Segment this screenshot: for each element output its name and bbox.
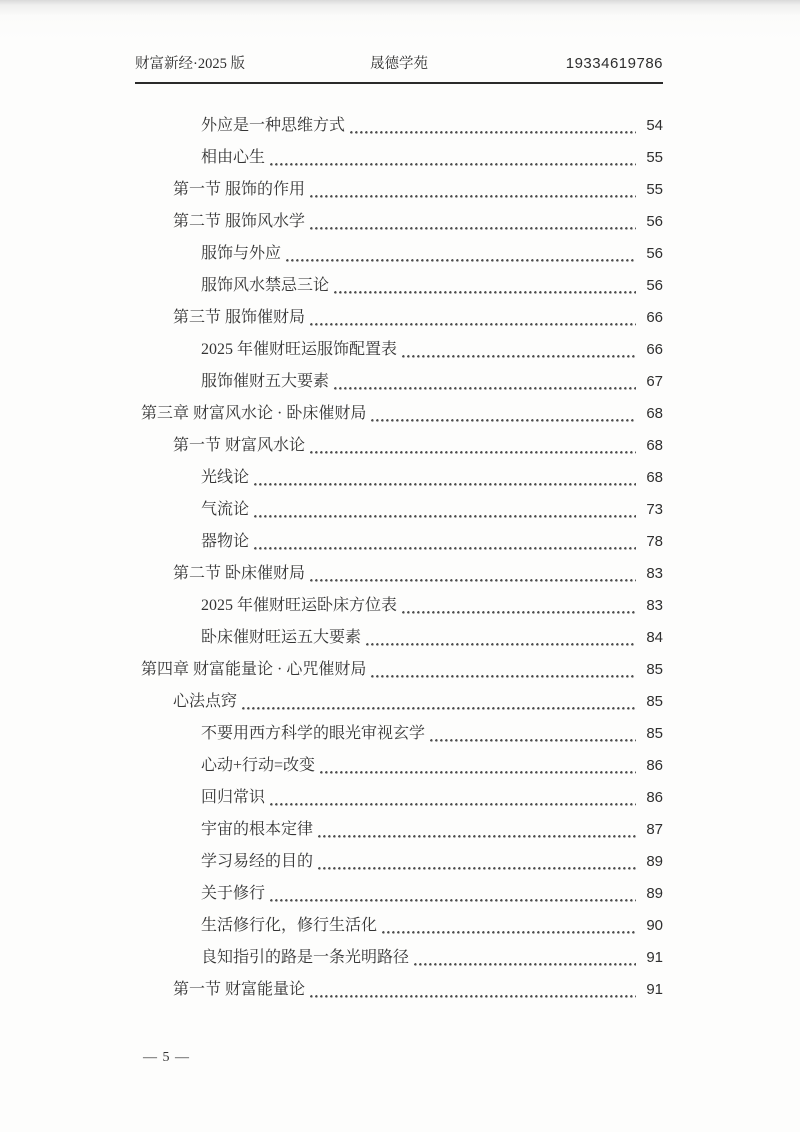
dot-leader bbox=[382, 910, 636, 942]
toc-entry-title: 宇宙的根本定律 bbox=[201, 814, 313, 846]
toc-entry: 第二节 服饰风水学 56 bbox=[135, 206, 663, 238]
toc-entry: 心动+行动=改变 86 bbox=[135, 750, 663, 782]
toc-entry-title: 第一节 财富能量论 bbox=[173, 974, 305, 1006]
page-footer: — 5 — bbox=[143, 1050, 190, 1066]
toc-entry-title: 2025 年催财旺运服饰配置表 bbox=[201, 334, 397, 366]
header-academy-name: 晟德学苑 bbox=[370, 52, 428, 73]
dot-leader bbox=[242, 686, 636, 718]
toc-entry-title: 外应是一种思维方式 bbox=[201, 110, 345, 142]
toc-entry: 关于修行 89 bbox=[135, 878, 663, 910]
toc-entry-title: 关于修行 bbox=[201, 878, 265, 910]
dot-leader bbox=[310, 974, 636, 1006]
dot-leader bbox=[414, 942, 636, 974]
toc-entry: 宇宙的根本定律 87 bbox=[135, 814, 663, 846]
toc-entry-title: 2025 年催财旺运卧床方位表 bbox=[201, 590, 397, 622]
toc-entry-page: 87 bbox=[639, 814, 663, 846]
toc-entry-title: 器物论 bbox=[201, 526, 249, 558]
toc-entry: 2025 年催财旺运服饰配置表 66 bbox=[135, 334, 663, 366]
dot-leader bbox=[254, 526, 636, 558]
toc-entry-page: 83 bbox=[639, 590, 663, 622]
toc-entry: 第二节 卧床催财局 83 bbox=[135, 558, 663, 590]
dot-leader bbox=[310, 558, 636, 590]
dot-leader bbox=[366, 622, 636, 654]
toc-entry: 服饰催财五大要素 67 bbox=[135, 366, 663, 398]
dot-leader bbox=[350, 110, 636, 142]
toc-entry: 服饰与外应 56 bbox=[135, 238, 663, 270]
toc-entry-title: 第二节 卧床催财局 bbox=[173, 558, 305, 590]
toc-entry: 光线论 68 bbox=[135, 462, 663, 494]
dot-leader bbox=[270, 782, 636, 814]
toc-entry-page: 56 bbox=[639, 206, 663, 238]
header-book-title: 财富新经·2025 版 bbox=[135, 52, 370, 73]
toc-entry: 回归常识 86 bbox=[135, 782, 663, 814]
dot-leader bbox=[254, 462, 636, 494]
page-header: 财富新经·2025 版 晟德学苑 19334619786 bbox=[135, 52, 663, 84]
toc-entry-title: 第二节 服饰风水学 bbox=[173, 206, 305, 238]
toc-entry-title: 第三节 服饰催财局 bbox=[173, 302, 305, 334]
toc-entry: 2025 年催财旺运卧床方位表 83 bbox=[135, 590, 663, 622]
dot-leader bbox=[371, 654, 636, 686]
toc-entry-title: 相由心生 bbox=[201, 142, 265, 174]
page-number-label: — 5 — bbox=[143, 1050, 190, 1065]
toc-entry-page: 84 bbox=[639, 622, 663, 654]
toc-entry-page: 85 bbox=[639, 654, 663, 686]
toc-entry: 第一节 财富能量论 91 bbox=[135, 974, 663, 1006]
toc-entry: 卧床催财旺运五大要素 84 bbox=[135, 622, 663, 654]
toc-entry-page: 78 bbox=[639, 526, 663, 558]
dot-leader bbox=[270, 878, 636, 910]
toc-entry-title: 第四章 财富能量论 · 心咒催财局 bbox=[141, 654, 366, 686]
toc-entry-title: 光线论 bbox=[201, 462, 249, 494]
toc-entry-title: 生活修行化，修行生活化 bbox=[201, 910, 377, 942]
dot-leader bbox=[402, 590, 636, 622]
dot-leader bbox=[310, 430, 636, 462]
toc-entry-title: 良知指引的路是一条光明路径 bbox=[201, 942, 409, 974]
toc-entry-page: 90 bbox=[639, 910, 663, 942]
document-page: 财富新经·2025 版 晟德学苑 19334619786 外应是一种思维方式 5… bbox=[0, 0, 800, 1132]
dot-leader bbox=[310, 302, 636, 334]
toc-entry-title: 心动+行动=改变 bbox=[201, 750, 315, 782]
toc-entry: 学习易经的目的 89 bbox=[135, 846, 663, 878]
toc-entry-page: 67 bbox=[639, 366, 663, 398]
dot-leader bbox=[371, 398, 636, 430]
toc-entry-title: 服饰催财五大要素 bbox=[201, 366, 329, 398]
toc-entry: 第一节 服饰的作用 55 bbox=[135, 174, 663, 206]
toc-entry-page: 55 bbox=[639, 174, 663, 206]
toc-entry: 第四章 财富能量论 · 心咒催财局 85 bbox=[135, 654, 663, 686]
toc-entry-title: 卧床催财旺运五大要素 bbox=[201, 622, 361, 654]
toc-entry-page: 91 bbox=[639, 974, 663, 1006]
dot-leader bbox=[430, 718, 636, 750]
toc-entry: 良知指引的路是一条光明路径 91 bbox=[135, 942, 663, 974]
toc-entry-page: 89 bbox=[639, 846, 663, 878]
toc-entry: 第一节 财富风水论 68 bbox=[135, 430, 663, 462]
toc-entry-page: 55 bbox=[639, 142, 663, 174]
toc-entry-page: 85 bbox=[639, 686, 663, 718]
toc-entry: 第三节 服饰催财局 66 bbox=[135, 302, 663, 334]
toc-entry: 心法点窍 85 bbox=[135, 686, 663, 718]
toc-entry-page: 68 bbox=[639, 462, 663, 494]
toc-entry: 服饰风水禁忌三论 56 bbox=[135, 270, 663, 302]
dot-leader bbox=[310, 174, 636, 206]
dot-leader bbox=[402, 334, 636, 366]
dot-leader bbox=[286, 238, 636, 270]
dot-leader bbox=[334, 270, 636, 302]
toc-entry-page: 86 bbox=[639, 782, 663, 814]
toc-entry-page: 89 bbox=[639, 878, 663, 910]
toc-entry: 第三章 财富风水论 · 卧床催财局 68 bbox=[135, 398, 663, 430]
toc-entry-title: 第一节 服饰的作用 bbox=[173, 174, 305, 206]
toc-entry-title: 学习易经的目的 bbox=[201, 846, 313, 878]
toc-entry-page: 54 bbox=[639, 110, 663, 142]
toc-entry-title: 回归常识 bbox=[201, 782, 265, 814]
table-of-contents: 外应是一种思维方式 54 相由心生 55 第一节 服饰的作用 55 第二节 服饰… bbox=[135, 110, 663, 1006]
toc-entry-title: 第三章 财富风水论 · 卧床催财局 bbox=[141, 398, 366, 430]
toc-entry-page: 68 bbox=[639, 398, 663, 430]
toc-entry-page: 56 bbox=[639, 270, 663, 302]
toc-entry: 生活修行化，修行生活化 90 bbox=[135, 910, 663, 942]
toc-entry-title: 服饰与外应 bbox=[201, 238, 281, 270]
toc-entry-title: 服饰风水禁忌三论 bbox=[201, 270, 329, 302]
toc-entry-page: 68 bbox=[639, 430, 663, 462]
toc-entry: 气流论 73 bbox=[135, 494, 663, 526]
dot-leader bbox=[310, 206, 636, 238]
toc-entry-page: 85 bbox=[639, 718, 663, 750]
header-phone-number: 19334619786 bbox=[428, 55, 663, 72]
toc-entry: 相由心生 55 bbox=[135, 142, 663, 174]
toc-entry-title: 不要用西方科学的眼光审视玄学 bbox=[201, 718, 425, 750]
toc-entry: 不要用西方科学的眼光审视玄学 85 bbox=[135, 718, 663, 750]
toc-entry-page: 66 bbox=[639, 334, 663, 366]
toc-entry-page: 83 bbox=[639, 558, 663, 590]
toc-entry: 外应是一种思维方式 54 bbox=[135, 110, 663, 142]
toc-entry: 器物论 78 bbox=[135, 526, 663, 558]
toc-entry-page: 56 bbox=[639, 238, 663, 270]
toc-entry-title: 心法点窍 bbox=[173, 686, 237, 718]
toc-entry-page: 66 bbox=[639, 302, 663, 334]
dot-leader bbox=[320, 750, 636, 782]
toc-entry-page: 73 bbox=[639, 494, 663, 526]
dot-leader bbox=[318, 814, 636, 846]
toc-entry-title: 气流论 bbox=[201, 494, 249, 526]
toc-entry-page: 86 bbox=[639, 750, 663, 782]
toc-entry-page: 91 bbox=[639, 942, 663, 974]
dot-leader bbox=[334, 366, 636, 398]
dot-leader bbox=[318, 846, 636, 878]
toc-entry-title: 第一节 财富风水论 bbox=[173, 430, 305, 462]
dot-leader bbox=[254, 494, 636, 526]
dot-leader bbox=[270, 142, 636, 174]
